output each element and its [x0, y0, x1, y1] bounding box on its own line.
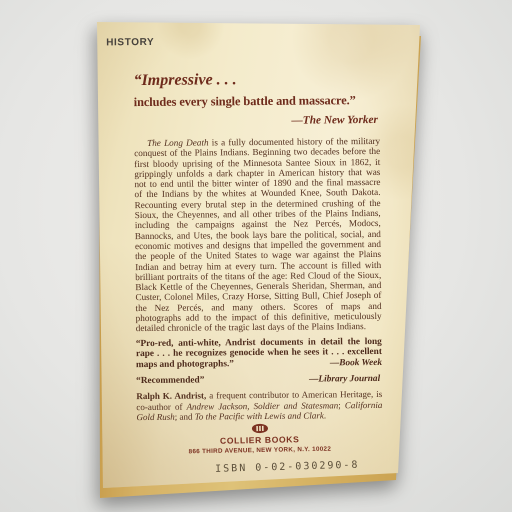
synopsis-paragraph: The Long Death is a fully documented his…	[134, 136, 382, 334]
back-cover-content: HISTORY “Impressive . . . includes every…	[133, 21, 383, 475]
author-name: Ralph K. Andrist,	[136, 390, 206, 401]
author-bio-text-3: ; and	[175, 412, 195, 422]
isbn-number: ISBN 0-02-030290-8	[215, 460, 360, 475]
recommended-text: “Recommended”	[136, 376, 204, 387]
recommended-row: “Recommended” —Library Journal	[136, 374, 382, 386]
author-bio-text-4: .	[324, 411, 326, 421]
headline-line1: “Impressive . . .	[133, 70, 379, 90]
synopsis-text: is a fully documented history of the mil…	[134, 136, 382, 333]
headline-line2: includes every single battle and massacr…	[134, 93, 380, 110]
category-label: HISTORY	[106, 35, 379, 48]
headline-quote: “Impressive . . . includes every single …	[133, 70, 379, 128]
recommended-attribution: —Library Journal	[309, 374, 382, 385]
paperback-book: HISTORY “Impressive . . . includes every…	[90, 16, 425, 502]
collier-books-logo-icon	[250, 423, 269, 434]
author-bio: Ralph K. Andrist, a frequent contributor…	[136, 389, 382, 423]
review-quote-attribution: —Book Week	[330, 358, 382, 369]
review-quote: “Pro-red, anti-white, Andrist documents …	[136, 337, 382, 372]
author-bio-title-3: To the Pacific with Lewis and Clark	[195, 411, 324, 422]
book-title-text: The Long Death	[147, 137, 209, 148]
publisher-block: COLLIER BOOKS 866 THIRD AVENUE, NEW YORK…	[136, 421, 383, 457]
back-cover: HISTORY “Impressive . . . includes every…	[90, 16, 425, 502]
headline-attribution: —The New Yorker	[134, 114, 380, 128]
photo-background: HISTORY “Impressive . . . includes every…	[0, 0, 512, 512]
author-bio-title-1: Andrew Jackson, Soldier and Statesman	[186, 400, 338, 411]
